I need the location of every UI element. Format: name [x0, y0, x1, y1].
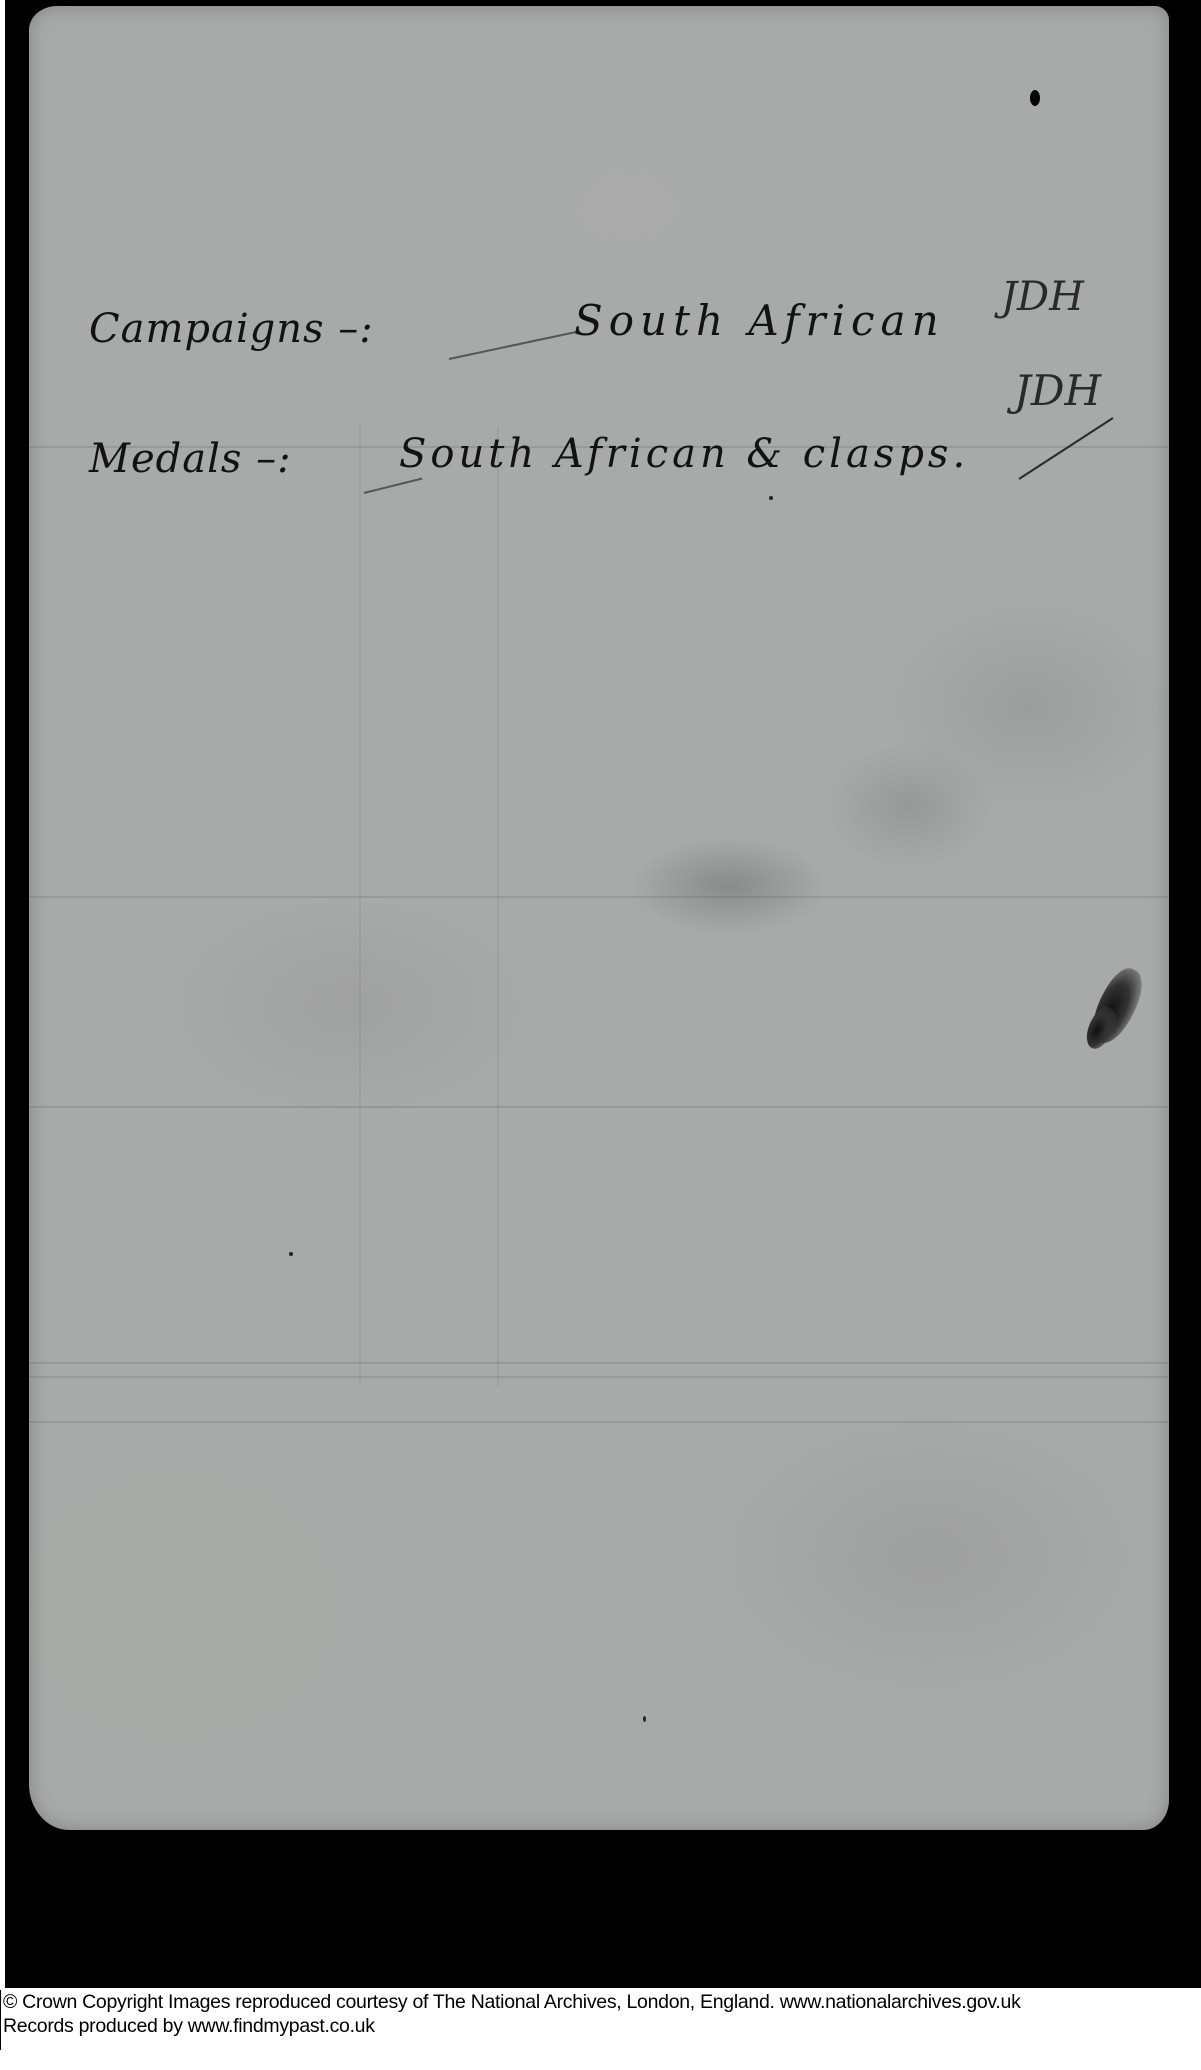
medals-label: Medals –: [89, 436, 292, 482]
records-line: Records produced by www.findmypast.co.uk [0, 2014, 1201, 2038]
scan-background: Campaigns –: South African JDH Medals –:… [5, 0, 1201, 1988]
ink-speck [769, 496, 773, 500]
faint-column-line [497, 426, 499, 1386]
document-page: Campaigns –: South African JDH Medals –:… [29, 6, 1169, 1830]
footer-margin-line [0, 1990, 1, 2050]
faint-ruled-line [29, 1362, 1169, 1364]
faint-ruled-line [29, 1421, 1169, 1423]
copyright-line: © Crown Copyright Images reproduced cour… [0, 1990, 1201, 2014]
campaigns-initials: JDH [1001, 274, 1084, 320]
ink-speck [289, 1252, 293, 1256]
medals-value: South African & clasps. [399, 431, 969, 477]
ink-speck [643, 1716, 646, 1722]
faint-column-line [359, 426, 361, 1386]
campaigns-value: South African [574, 296, 945, 345]
faint-ruled-line [29, 896, 1169, 898]
punch-hole [1030, 90, 1040, 106]
faint-ruled-line [29, 1106, 1169, 1108]
faint-ruled-line [29, 1376, 1169, 1378]
campaigns-label: Campaigns –: [89, 306, 374, 352]
copyright-footer: © Crown Copyright Images reproduced cour… [0, 1990, 1201, 2038]
medals-initials: JDH [1014, 366, 1101, 415]
paper-texture [29, 6, 1169, 1830]
